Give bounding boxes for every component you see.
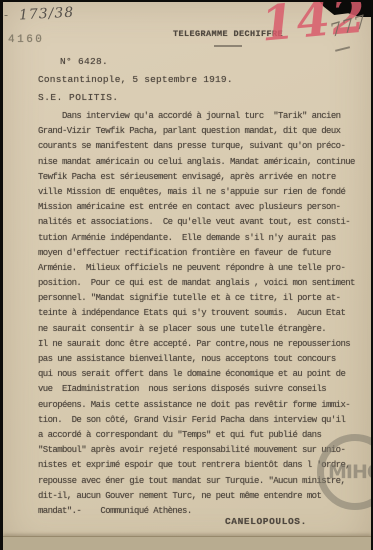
body-line: européens. Mais cette assistance ne doit… <box>38 398 360 413</box>
body-line: personnel. "Mandat signifie tutelle et à… <box>38 291 360 306</box>
registry-number-annotation: 4160 <box>8 34 44 46</box>
body-line: tion. De son côté, Grand Visir Ferid Pac… <box>38 413 360 428</box>
pencil-margin-dash: - <box>4 8 8 22</box>
body-line: Grand-Vizir Tewfik Pacha, parlant questi… <box>38 124 360 139</box>
body-line: repousse avec éner gie tout mandat sur T… <box>38 474 360 489</box>
folio-number-annotation: 173/38 <box>19 5 75 24</box>
pencil-underline-mark <box>335 46 350 51</box>
page-bottom-edge <box>3 536 371 550</box>
signature-name: CANELOPOULOS. <box>225 516 307 527</box>
body-line: "Stamboul" après avoir rejeté responsabi… <box>38 443 360 458</box>
telegram-body: Dans interview qu'a accordé à journal tu… <box>38 109 360 519</box>
body-line: Il ne saurait donc être accepté. Par con… <box>38 337 360 352</box>
telegram-number: N° 6428. <box>60 56 108 67</box>
body-line: Arménie. Milieux officiels ne peuvent ré… <box>38 261 360 276</box>
body-line: qui nous serait offert dans le domaine é… <box>38 367 360 382</box>
body-line: teinte à indépendance Etats qui s'y trou… <box>38 306 360 321</box>
body-line: ne saurait consentir à se placer sous un… <box>38 322 360 337</box>
body-line: nalités et associations. Ce qu'elle veut… <box>38 215 360 230</box>
body-line: ville Mission dE enquêtes, mais il ne s'… <box>38 185 360 200</box>
body-line: mandat".- Communiqué Athènes. <box>38 504 360 519</box>
body-line: tution Arménie indépendante. Elle demand… <box>38 231 360 246</box>
body-line: nistes et exprimé espoir que tout rentre… <box>38 458 360 473</box>
body-line: Mission américaine est entrée en contact… <box>38 200 360 215</box>
watermark-letters: ΜΙΗΟ <box>328 461 371 483</box>
recipient-line: S.E. POLITIS. <box>38 92 119 103</box>
body-line: moyen d'effectuer rectification frontièr… <box>38 246 360 261</box>
heading-underline-rule <box>214 45 242 47</box>
scanned-telegram-page: - 173/38 4160 142 777 TELEGRAMME DECHIFF… <box>0 0 373 550</box>
paper-sheet: - 173/38 4160 142 777 TELEGRAMME DECHIFF… <box>3 2 371 550</box>
body-line: courants se manifestent dans presse turq… <box>38 139 360 154</box>
body-line: dit-il, aucun Gouver nement Turc, ne peu… <box>38 489 360 504</box>
dateline: Constantinople, 5 septembre 1919. <box>38 74 233 85</box>
body-line: position. Pour ce qui est de mandat angl… <box>38 276 360 291</box>
body-line: Dans interview qu'a accordé à journal tu… <box>38 109 360 124</box>
body-line: nise mandat américain ou celui anglais. … <box>38 155 360 170</box>
body-line: Tewfik Pacha est sérieusement envisagé, … <box>38 170 360 185</box>
body-line: vue EIadministration nous serions dispos… <box>38 382 360 397</box>
body-line: pas une assistance bienveillante, nous a… <box>38 352 360 367</box>
body-line: a accordé à correspondant du "Temps" et … <box>38 428 360 443</box>
